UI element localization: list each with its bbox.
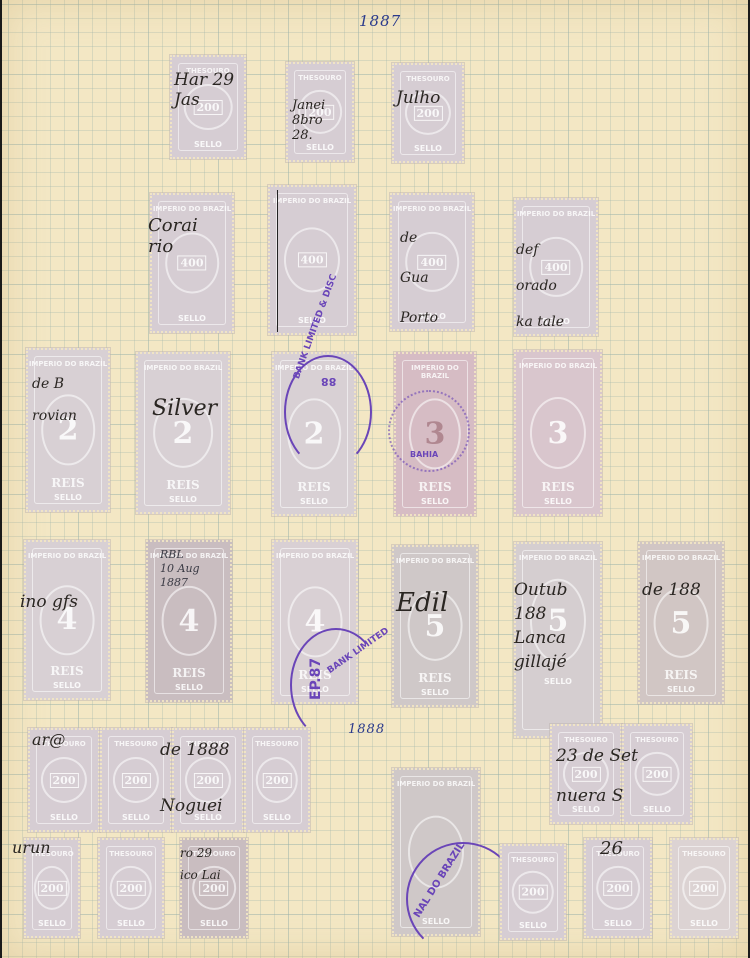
album-page: 1887 1888 THESOURO 200 SELLO Har 29 Jas … [2,0,748,958]
stamp-400-reis: IMPERIO DO BRAZIL 400 SELLO [390,193,474,331]
stamp-200-reis: THESOURO 200 SELLO [170,55,246,159]
stamp-200-reis: THESOURO 200 SELLO [584,838,652,938]
year-label-1887: 1887 [359,12,401,30]
stamp-200-reis: THESOURO 200 SELLO [286,62,354,162]
stamp-200-reis: THESOURO 200 SELLO [100,728,172,832]
stamp-200-reis: THESOURO 200 SELLO [172,728,244,832]
stamp-200-reis: THESOURO 200 SELLO [550,724,622,824]
stamp-5000-reis: IMPERIO DO BRAZIL 5 SELLO [514,542,602,738]
bank-cancel-postmark: BANK LIMITED & DISC 88 [284,355,372,469]
stamp-200-reis: THESOURO 200 SELLO [28,728,100,832]
stamp-200-reis: THESOURO 200 SELLO [500,844,566,940]
stamp-200-reis: THESOURO 200 SELLO [98,838,164,938]
stamp-2000-reis: IMPERIO DO BRAZIL 2 REIS SELLO [136,352,230,514]
stamp-5000-reis: IMPERIO DO BRAZIL 5 REIS SELLO [638,542,724,704]
stamp-400-reis: IMPERIO DO BRAZIL 400 SELLO [268,185,356,335]
bank-cancel-postmark: BANK LIMITED EP.87 [290,628,382,742]
stamp-200-reis: THESOURO 200 SELLO [622,724,692,824]
stamp-200-reis: THESOURO 200 SELLO [244,728,310,832]
bahia-cancel-postmark: BAHIA [388,390,470,472]
stamp-200-reis: THESOURO 200 SELLO [180,838,248,938]
stamp-4000-reis: IMPERIO DO BRAZIL 4 REIS SELLO [24,540,110,700]
pen-stroke [277,190,278,332]
stamp-3000-reis: IMPERIO DO BRAZIL 3 REIS SELLO [514,350,602,516]
stamp-200-reis: THESOURO 200 SELLO [24,838,80,938]
stamp-4000-reis: IMPERIO DO BRAZIL 4 REIS SELLO [146,540,232,702]
stamp-2000-reis: IMPERIO DO BRAZIL 2 REIS SELLO [26,348,110,512]
stamp-200-reis: THESOURO 200 SELLO [670,838,738,938]
stamp-400-reis: IMPERIO DO BRAZIL 400 SELLO [150,193,234,333]
stamp-200-reis: THESOURO 200 SELLO [392,63,464,163]
stamp-5000-reis: IMPERIO DO BRAZIL 5 REIS SELLO [392,545,478,707]
stamp-400-reis: IMPERIO DO BRAZIL 400 SELLO [514,198,598,336]
